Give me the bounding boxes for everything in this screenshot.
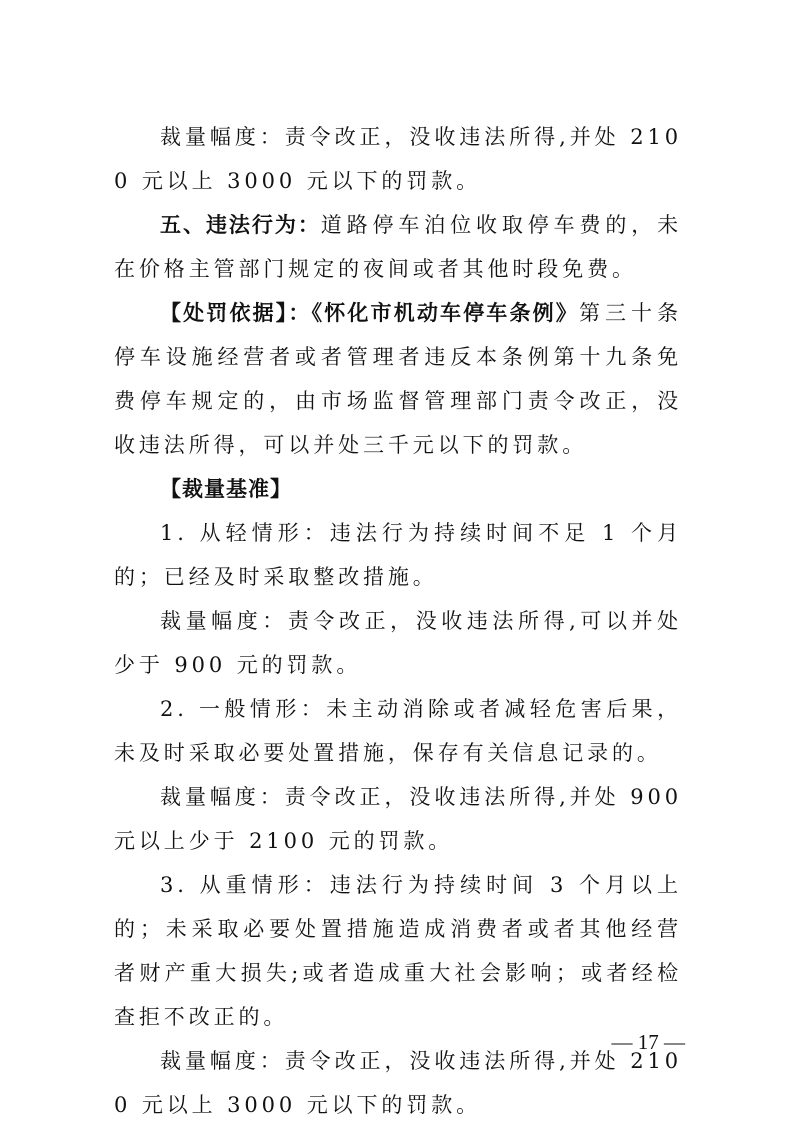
paragraph-heavy-range: 裁量幅度：责令改正，没收违法所得,并处 2100 元以上 3000 元以下的罚款… [114, 1039, 682, 1122]
bold-lead: 【裁量基准】 [160, 477, 292, 501]
paragraph-light-case: 1. 从轻情形：违法行为持续时间不足 1 个月的；已经及时采取整改措施。 [114, 511, 682, 599]
page-number: — 17 — [600, 1030, 685, 1055]
paragraph-light-range: 裁量幅度：责令改正，没收违法所得,可以并处少于 900 元的罚款。 [114, 599, 682, 687]
paragraph-text: 裁量幅度：责令改正，没收违法所得,并处 900 元以上少于 2100 元的罚款。 [114, 785, 682, 853]
paragraph-penalty-basis: 【处罚依据】：《怀化市机动车停车条例》第三十条 停车设施经营者或者管理者违反本条… [114, 291, 682, 467]
paragraph-text: 裁量幅度：责令改正，没收违法所得,可以并处少于 900 元的罚款。 [114, 609, 682, 677]
paragraph-text: 裁量幅度：责令改正，没收违法所得,并处 2100 元以上 3000 元以下的罚款… [114, 125, 682, 193]
paragraph-violation-five: 五、违法行为：道路停车泊位收取停车费的，未在价格主管部门规定的夜间或者其他时段免… [114, 203, 682, 291]
document-page: 裁量幅度：责令改正，没收违法所得,并处 2100 元以上 3000 元以下的罚款… [114, 115, 682, 1122]
paragraph-text: 3. 从重情形：违法行为持续时间 3 个月以上的；未采取必要处置措施造成消费者或… [114, 873, 682, 1029]
paragraph-discretion-range: 裁量幅度：责令改正，没收违法所得,并处 2100 元以上 3000 元以下的罚款… [114, 115, 682, 203]
paragraph-heavy-case: 3. 从重情形：违法行为持续时间 3 个月以上的；未采取必要处置措施造成消费者或… [114, 863, 682, 1039]
bold-lead: 【处罚依据】：《怀化市机动车停车条例》 [160, 301, 579, 325]
paragraph-general-case: 2. 一般情形：未主动消除或者减轻危害后果，未及时采取必要处置措施，保存有关信息… [114, 687, 682, 775]
paragraph-text: 1. 从轻情形：违法行为持续时间不足 1 个月的；已经及时采取整改措施。 [114, 521, 682, 589]
paragraph-text: 2. 一般情形：未主动消除或者减轻危害后果，未及时采取必要处置措施，保存有关信息… [114, 697, 682, 765]
paragraph-text: 裁量幅度：责令改正，没收违法所得,并处 2100 元以上 3000 元以下的罚款… [114, 1049, 682, 1117]
paragraph-general-range: 裁量幅度：责令改正，没收违法所得,并处 900 元以上少于 2100 元的罚款。 [114, 775, 682, 863]
heading-discretion-standard: 【裁量基准】 [114, 467, 682, 511]
bold-lead: 五、违法行为： [160, 213, 321, 237]
